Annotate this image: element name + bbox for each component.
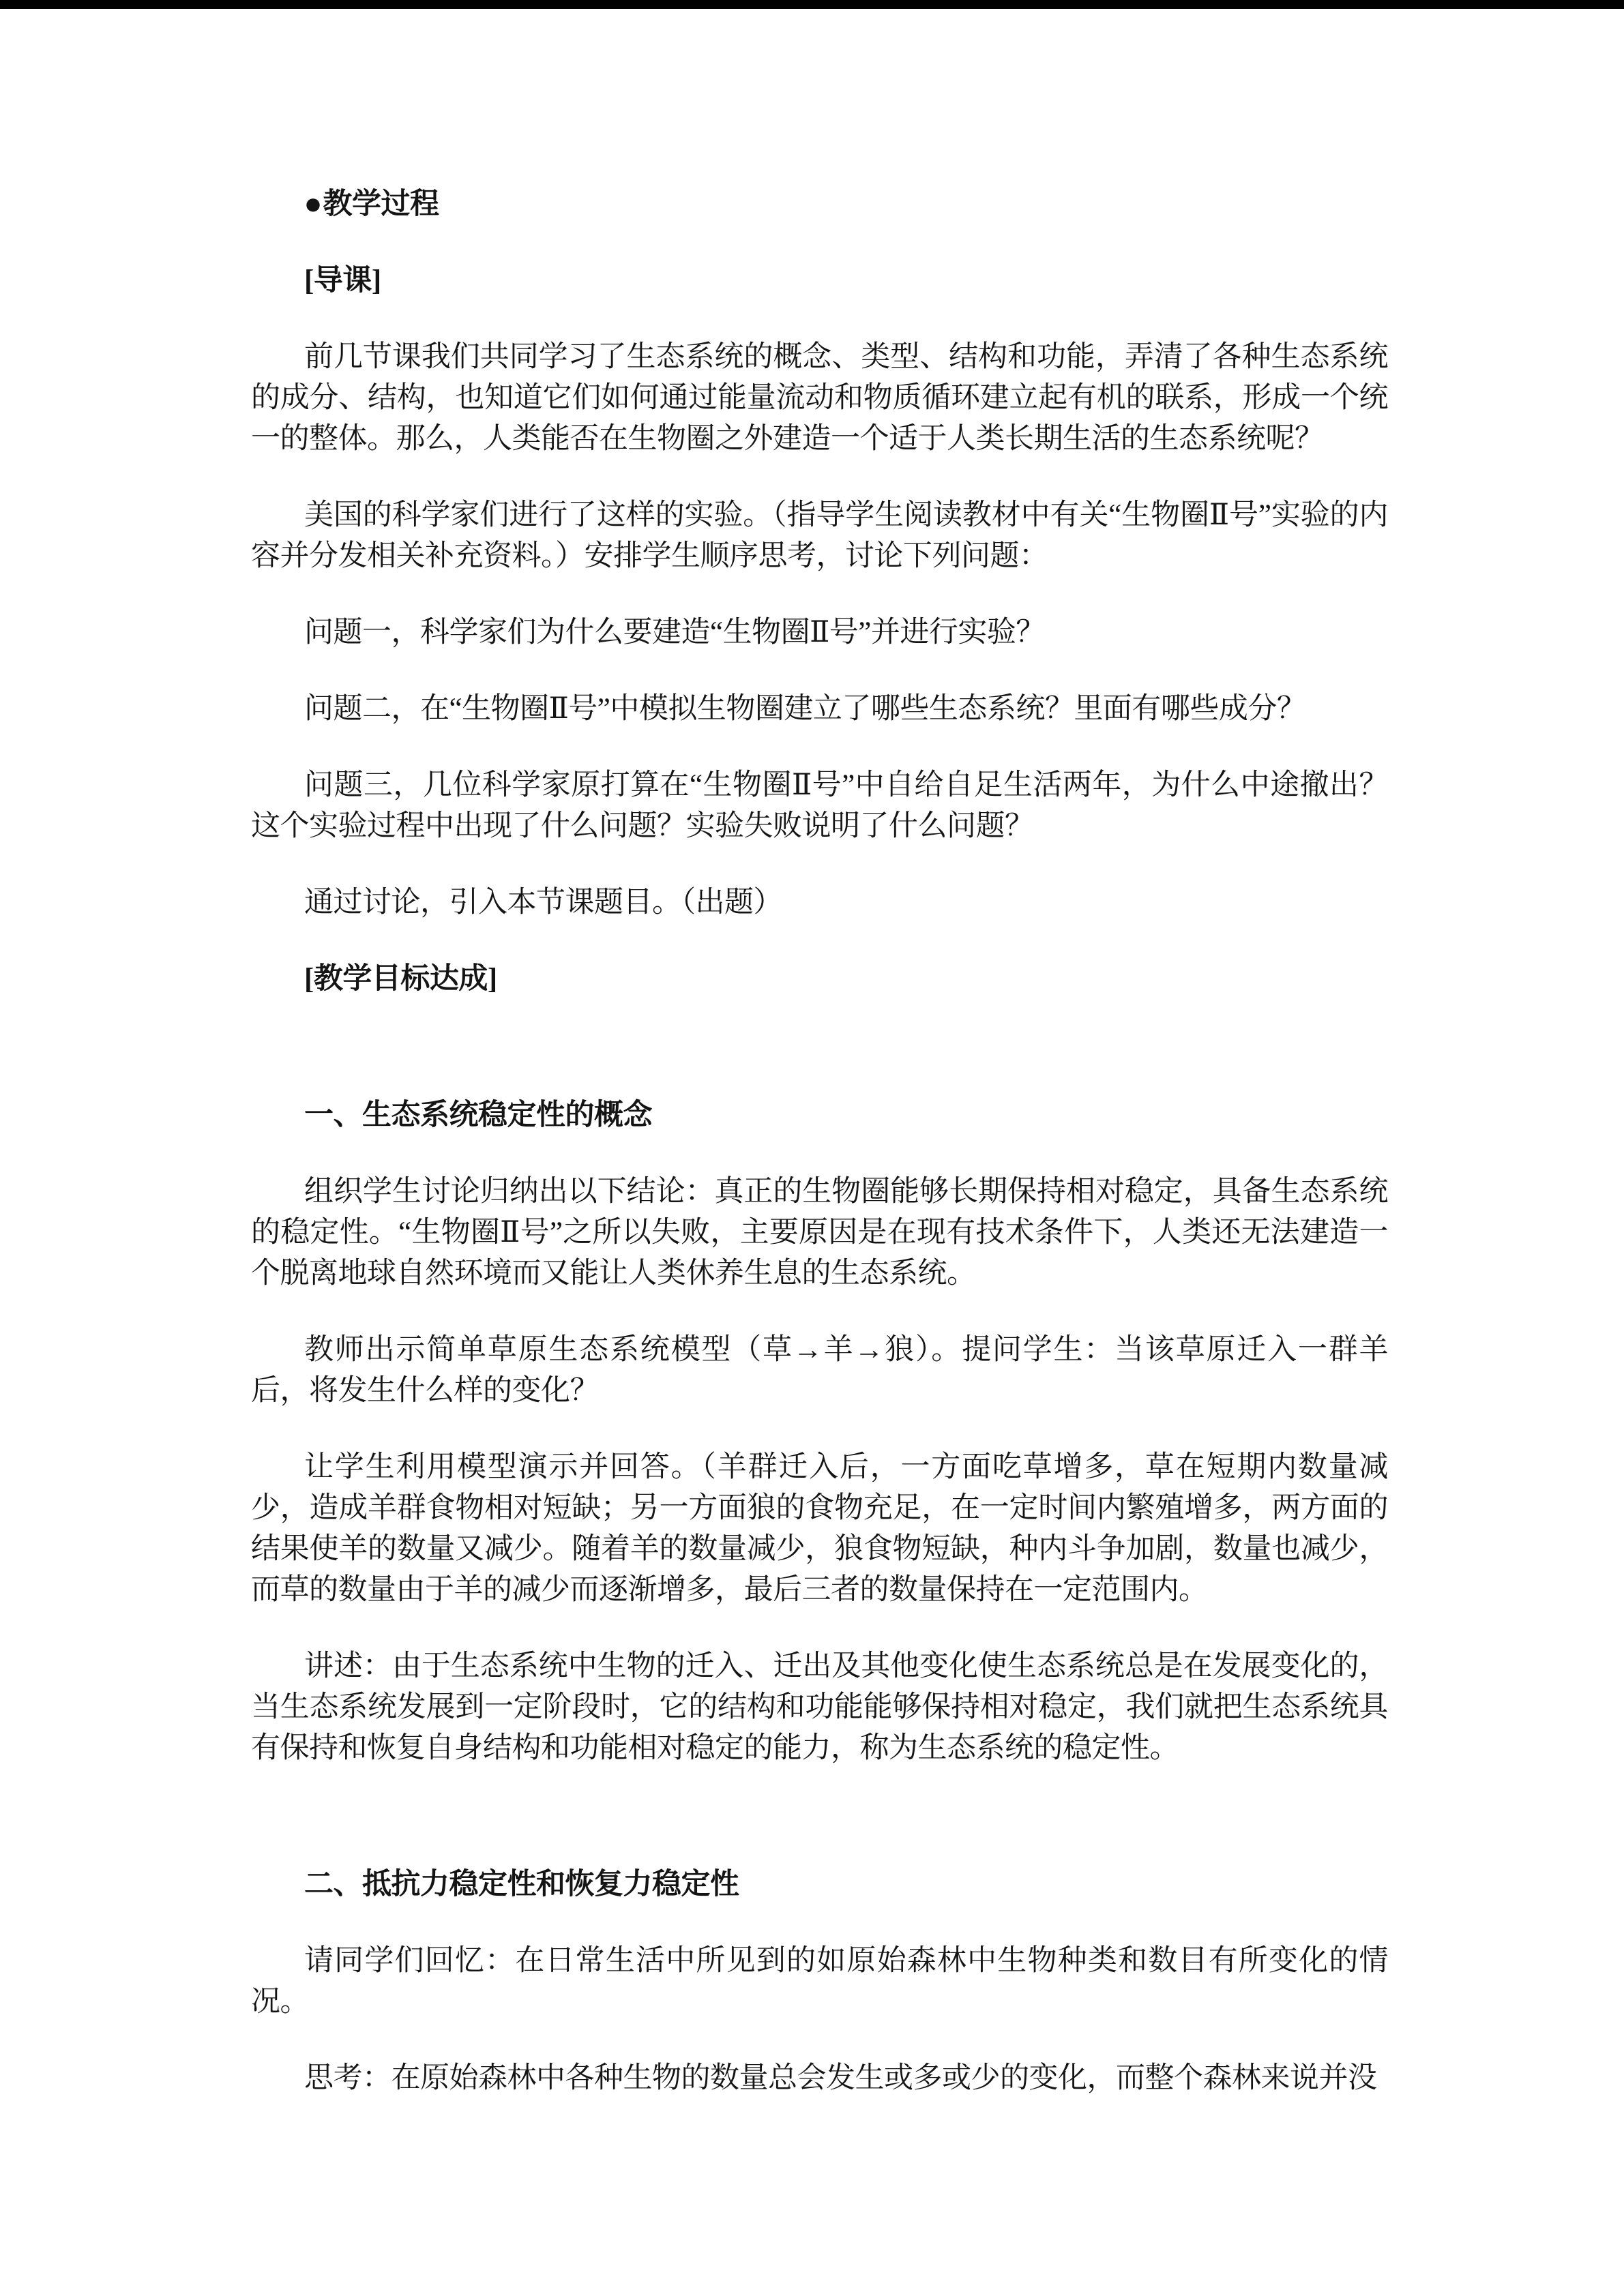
paragraph-grassland-model: 教师出示简单草原生态系统模型（草→羊→狼）。提问学生：当该草原迁入一群羊后，将发… bbox=[251, 1330, 1388, 1412]
paragraph-question-1: 问题一，科学家们为什么要建造“生物圈Ⅱ号”并进行实验？ bbox=[251, 612, 1388, 653]
intro-section-heading: [导课] bbox=[251, 260, 1388, 301]
paragraph-think-forest: 思考：在原始森林中各种生物的数量总会发生或多或少的变化，而整个森林来说并没 bbox=[251, 2058, 1388, 2099]
paragraph-model-demonstration: 让学生利用模型演示并回答。（羊群迁入后，一方面吃草增多，草在短期内数量减少，造成… bbox=[251, 1447, 1388, 1611]
objectives-section-heading: [教学目标达成] bbox=[251, 959, 1388, 1000]
teaching-process-heading: ●教学过程 bbox=[251, 184, 1388, 225]
document-page: { "page": { "background_color": "#ffffff… bbox=[0, 0, 1624, 2296]
teaching-process-heading-label: 教学过程 bbox=[323, 188, 439, 220]
bullet-icon: ● bbox=[304, 183, 322, 226]
paragraph-review: 前几节课我们共同学习了生态系统的概念、类型、结构和功能，弄清了各种生态系统的成分… bbox=[251, 337, 1388, 460]
lesson-plan-document: ●教学过程 [导课] 前几节课我们共同学习了生态系统的概念、类型、结构和功能，弄… bbox=[0, 9, 1624, 2099]
section-2-heading: 二、抵抗力稳定性和恢复力稳定性 bbox=[251, 1864, 1388, 1905]
paragraph-conclusion: 组织学生讨论归纳出以下结论：真正的生物圈能够长期保持相对稳定，具备生态系统的稳定… bbox=[251, 1172, 1388, 1294]
section-1-heading: 一、生态系统稳定性的概念 bbox=[251, 1095, 1388, 1136]
paragraph-lecture-definition: 讲述：由于生态系统中生物的迁入、迁出及其他变化使生态系统总是在发展变化的，当生态… bbox=[251, 1646, 1388, 1769]
paragraph-recall-forest: 请同学们回忆：在日常生活中所见到的如原始森林中生物种类和数目有所变化的情况。 bbox=[251, 1941, 1388, 2023]
paragraph-question-3: 问题三，几位科学家原打算在“生物圈Ⅱ号”中自给自足生活两年，为什么中途撤出？这个… bbox=[251, 765, 1388, 847]
paragraph-experiment: 美国的科学家们进行了这样的实验。（指导学生阅读教材中有关“生物圈Ⅱ号”实验的内容… bbox=[251, 495, 1388, 577]
paragraph-discussion-intro: 通过讨论，引入本节课题目。（出题） bbox=[251, 882, 1388, 923]
page-top-border bbox=[0, 0, 1624, 9]
paragraph-question-2: 问题二，在“生物圈Ⅱ号”中模拟生物圈建立了哪些生态系统？里面有哪些成分？ bbox=[251, 689, 1388, 730]
